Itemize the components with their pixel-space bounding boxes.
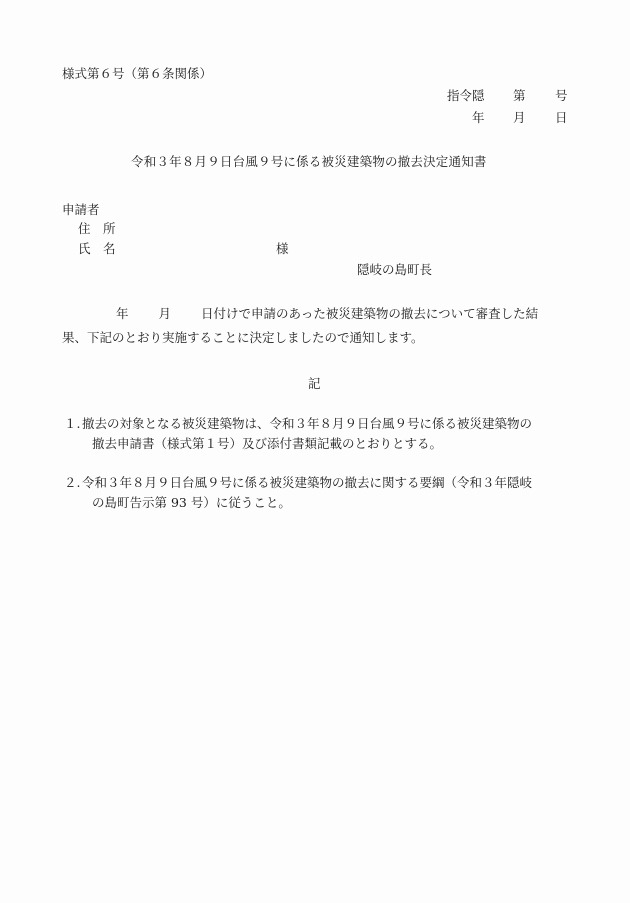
body-line-1: 年月日付けで申請のあった被災建築物の撤去について審査した結 — [116, 306, 538, 322]
form-number: 様式第６号（第６条関係） — [62, 66, 212, 82]
item-number: １. — [64, 416, 80, 432]
item-line-2: の島町告示第 93 号）に従うこと。 — [92, 495, 291, 511]
item-line-1: 令和３年８月９日台風９号に係る被災建築物の撤去に関する要綱（令和３年隠岐 — [82, 475, 532, 491]
date-day: 日 — [555, 110, 568, 126]
name-label: 氏 名 — [78, 241, 116, 257]
item-number: ２. — [64, 475, 80, 491]
applicant-label: 申請者 — [62, 202, 100, 218]
document-title: 令和３年８月９日台風９号に係る被災建築物の撤去決定通知書 — [131, 154, 487, 170]
body-date-month: 月 — [159, 306, 172, 321]
body-date-year: 年 — [116, 306, 129, 321]
honorific: 様 — [276, 241, 289, 257]
item-line-1: 撤去の対象となる被災建築物は、令和３年８月９日台風９号に係る被災建築物の — [82, 416, 532, 432]
body-line-2: 果、下記のとおり実施することに決定しましたので通知します。 — [62, 330, 424, 346]
reference-go: 号 — [555, 88, 568, 104]
item-line-2: 撤去申請書（様式第１号）及び添付書類記載のとおりとする。 — [92, 436, 442, 452]
reference-prefix: 指令隠 — [447, 88, 485, 104]
ki-heading: 記 — [308, 376, 321, 392]
date-month: 月 — [513, 110, 526, 126]
reference-dai: 第 — [513, 88, 526, 104]
address-label: 住 所 — [78, 221, 116, 237]
date-year: 年 — [472, 110, 485, 126]
body-line-1-text: 日付けで申請のあった被災建築物の撤去について審査した結 — [201, 306, 538, 321]
issuer: 隠岐の島町長 — [357, 262, 432, 278]
